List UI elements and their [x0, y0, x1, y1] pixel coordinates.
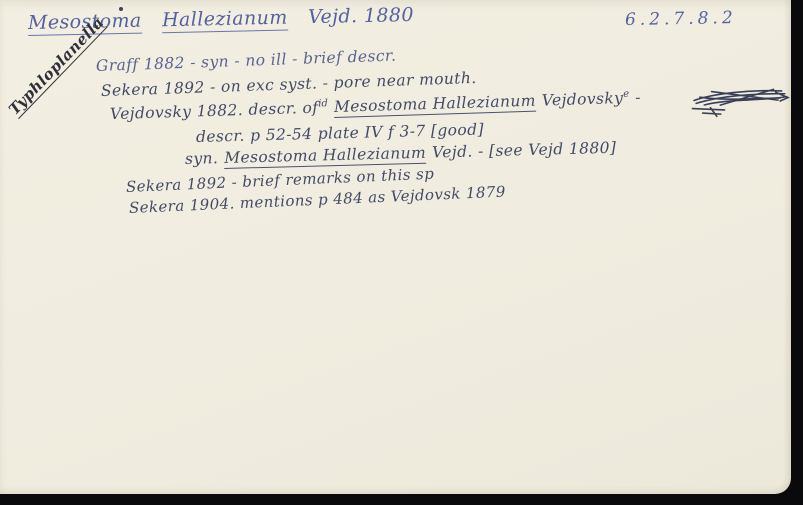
vejdovsky-taxon: Mesostoma Hallezianum	[334, 92, 537, 118]
synonym-prefix: syn.	[185, 149, 219, 168]
scribbled-out-word	[689, 79, 795, 118]
vejdovsky-superscript-e: e	[623, 89, 629, 100]
note-pages-plates: descr. p 52-54 plate IV f 3-7 [good]	[196, 120, 484, 146]
vejdovsky-superscript-id: id	[318, 98, 328, 109]
vejdovsky-dash: -	[635, 88, 641, 106]
index-card: Mesostoma Hallezianum Vejd. 1880 6.2.7.8…	[0, 0, 791, 494]
title-species: Hallezianum	[162, 7, 288, 34]
synonym-suffix: Vejd. - [see Vejd 1880]	[432, 139, 617, 162]
title-author-year: Vejd. 1880	[308, 4, 414, 28]
note-graff-1882: Graff 1882 - syn - no ill - brief descr.	[96, 47, 397, 75]
scan-background: Mesostoma Hallezianum Vejd. 1880 6.2.7.8…	[0, 0, 803, 505]
vejdovsky-author: Vejdovsky	[542, 89, 624, 110]
vejdovsky-prefix: Vejdovsky 1882. descr. of	[110, 99, 319, 124]
call-number: 6.2.7.8.2	[625, 8, 737, 30]
